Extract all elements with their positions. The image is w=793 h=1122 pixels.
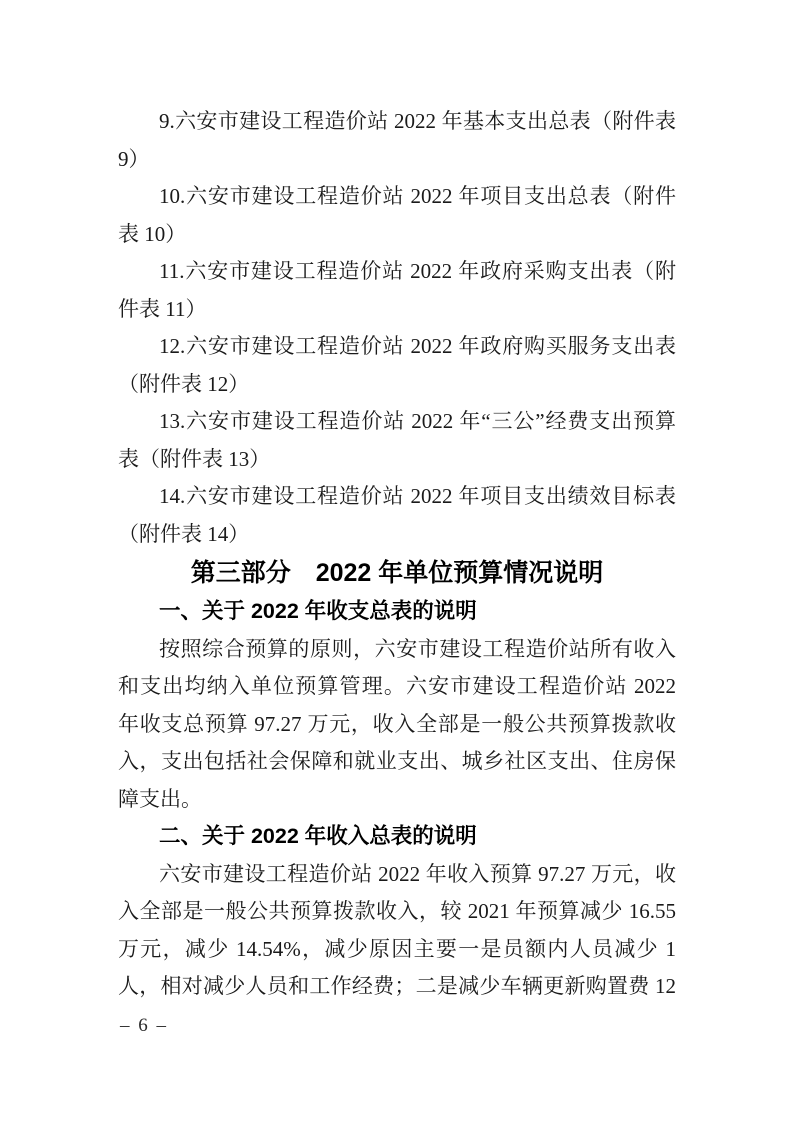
- paragraph-1-line-1: 按照综合预算的原则，六安市建设工程造价站所有收入: [118, 631, 676, 669]
- attachment-list-item-11-line-2: 件表 11）: [118, 291, 676, 329]
- attachment-list-item-12-line-1: 12.六安市建设工程造价站 2022 年政府购买服务支出表: [118, 328, 676, 366]
- document-page: 9.六安市建设工程造价站 2022 年基本支出总表（附件表 9） 10.六安市建…: [0, 0, 793, 1122]
- paragraph-2-line-2: 入全部是一般公共预算拨款收入，较 2021 年预算减少 16.55: [118, 893, 676, 931]
- attachment-list-item-9-line-2: 9）: [118, 141, 676, 179]
- part3-section-heading: 第三部分 2022 年单位预算情况说明: [118, 553, 676, 593]
- attachment-list-item-13-line-2: 表（附件表 13）: [118, 441, 676, 479]
- paragraph-2-line-3: 万元，减少 14.54%，减少原因主要一是员额内人员减少 1: [118, 931, 676, 969]
- attachment-list-item-10-line-2: 表 10）: [118, 216, 676, 254]
- paragraph-1-line-2: 和支出均纳入单位预算管理。六安市建设工程造价站 2022: [118, 668, 676, 706]
- paragraph-2-line-4: 人，相对减少人员和工作经费；二是减少车辆更新购置费 12: [118, 968, 676, 1006]
- attachment-list-item-13-line-1: 13.六安市建设工程造价站 2022 年“三公”经费支出预算: [118, 403, 676, 441]
- subsection-1-heading: 一、关于 2022 年收支总表的说明: [118, 593, 676, 631]
- paragraph-1-line-3: 年收支总预算 97.27 万元，收入全部是一般公共预算拨款收: [118, 706, 676, 744]
- paragraph-1-line-5: 障支出。: [118, 781, 676, 819]
- document-body: 9.六安市建设工程造价站 2022 年基本支出总表（附件表 9） 10.六安市建…: [118, 103, 676, 1006]
- subsection-2-heading: 二、关于 2022 年收入总表的说明: [118, 818, 676, 856]
- attachment-list-item-14-line-1: 14.六安市建设工程造价站 2022 年项目支出绩效目标表: [118, 478, 676, 516]
- paragraph-2-line-1: 六安市建设工程造价站 2022 年收入预算 97.27 万元，收: [118, 856, 676, 894]
- attachment-list-item-14-line-2: （附件表 14）: [118, 516, 676, 554]
- attachment-list-item-9-line-1: 9.六安市建设工程造价站 2022 年基本支出总表（附件表: [118, 103, 676, 141]
- paragraph-1-line-4: 入，支出包括社会保障和就业支出、城乡社区支出、住房保: [118, 743, 676, 781]
- attachment-list-item-12-line-2: （附件表 12）: [118, 366, 676, 404]
- page-number: – 6 –: [120, 1014, 168, 1038]
- attachment-list-item-10-line-1: 10.六安市建设工程造价站 2022 年项目支出总表（附件: [118, 178, 676, 216]
- attachment-list-item-11-line-1: 11.六安市建设工程造价站 2022 年政府采购支出表（附: [118, 253, 676, 291]
